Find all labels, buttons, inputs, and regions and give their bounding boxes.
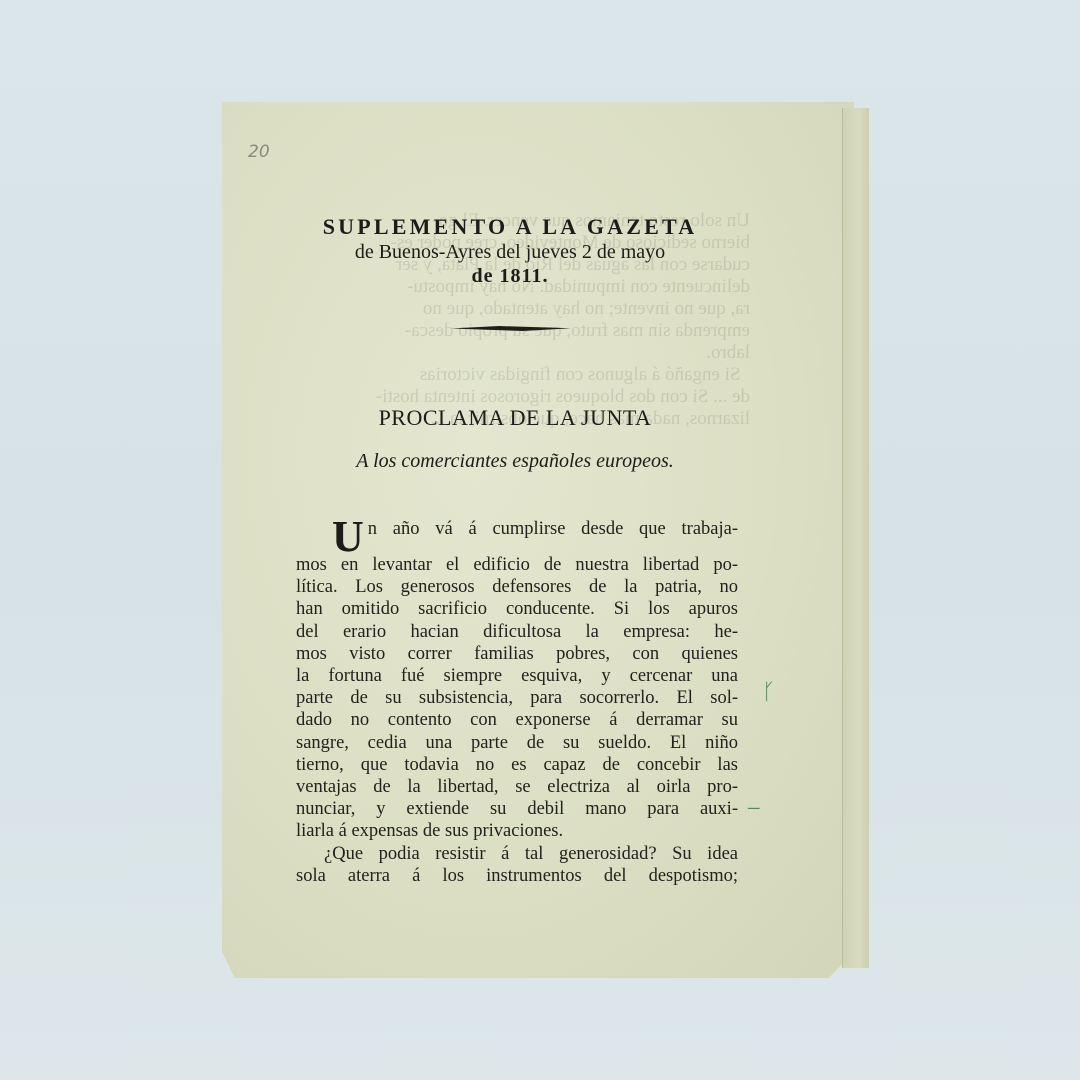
body-line: nunciar, y extiende su debil mano para a… xyxy=(296,798,738,820)
body-line: liarla á expensas de sus privaciones. xyxy=(296,820,738,842)
header-block: de Buenos-Ayres del jueves 2 de mayo de … xyxy=(300,240,720,288)
body-line: lítica. Los generosos defensores de la p… xyxy=(296,576,738,598)
body-line: parte de su subsistencia, para socorrerl… xyxy=(296,687,738,709)
drop-cap: U xyxy=(332,520,364,554)
green-pen-mark: ـــ xyxy=(748,798,759,813)
pencil-page-number: 20 xyxy=(248,142,270,162)
body-line: han omitido sacrificio conducente. Si lo… xyxy=(296,598,738,620)
header-line-3: de 1811. xyxy=(300,264,720,288)
body-line: dado no contento con exponerse á derrama… xyxy=(296,709,738,731)
green-pen-mark: ᚴ xyxy=(762,680,775,705)
body-line: ventajas de la libertad, se electriza al… xyxy=(296,776,738,798)
body-line: mos en levantar el edificio de nuestra l… xyxy=(296,554,738,576)
body-line: sangre, cedia una parte de su sueldo. El… xyxy=(296,732,738,754)
body-line: del erario hacian dificultosa la empresa… xyxy=(296,621,738,643)
folded-edge xyxy=(842,108,869,968)
body-line: la fortuna fué siempre esquiva, y cercen… xyxy=(296,665,738,687)
body-line: ¿Que podia resistir á tal generosidad? S… xyxy=(296,843,738,865)
header-line-1: SUPLEMENTO A LA GAZETA xyxy=(288,214,732,240)
body-line: tierno, que todavia no es capaz de conce… xyxy=(296,754,738,776)
header-line-2: de Buenos-Ayres del jueves 2 de mayo xyxy=(300,240,720,264)
body-text: U n año vá á cumplirse desde que trabaja… xyxy=(296,518,738,887)
proclamation-title: PROCLAMA DE LA JUNTA xyxy=(280,405,750,431)
proclamation-subtitle: A los comerciantes españoles europeos. xyxy=(280,450,750,473)
body-line: sola aterra á los instrumentos del despo… xyxy=(296,865,738,887)
body-line: mos visto correr familias pobres, con qu… xyxy=(296,643,738,665)
